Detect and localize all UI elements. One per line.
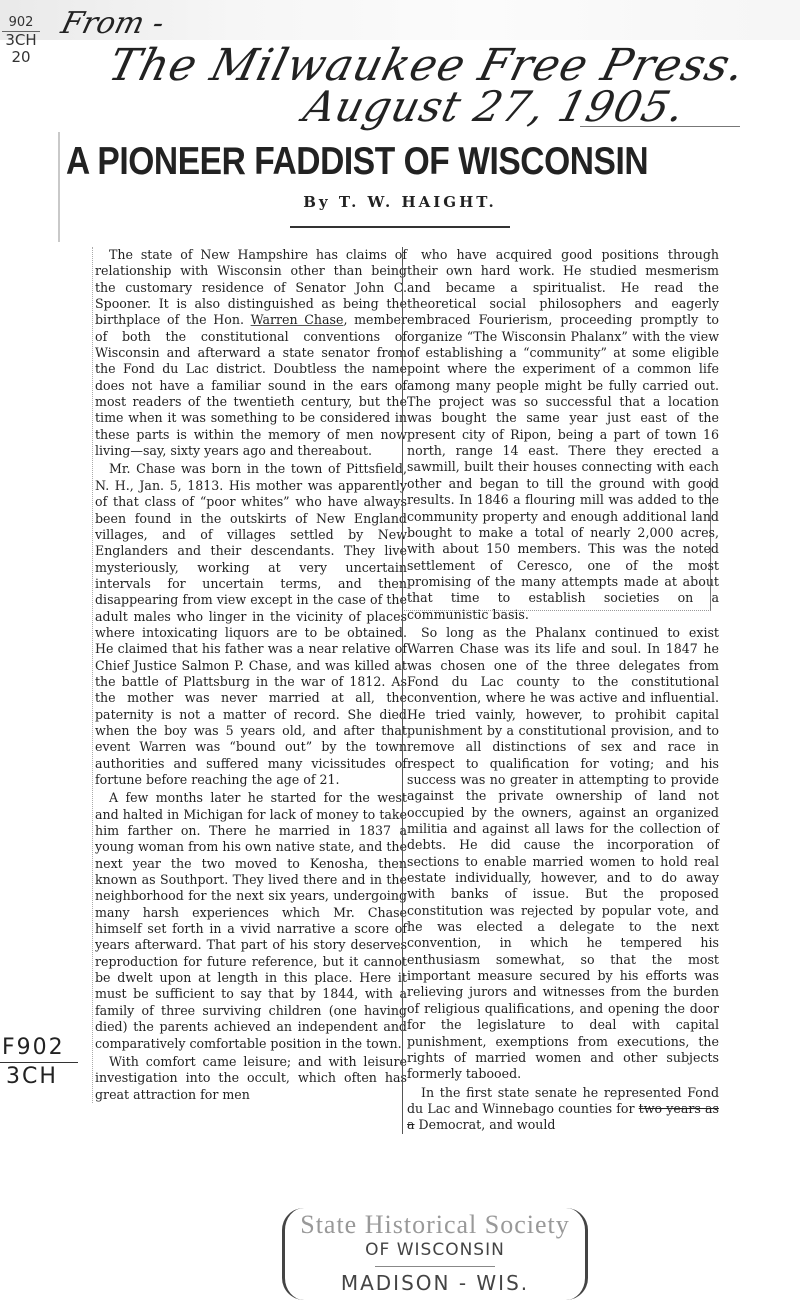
catalog-line: 20 <box>2 49 40 66</box>
divider <box>290 226 510 228</box>
library-stamp: State Historical Society OF WISCONSIN MA… <box>282 1208 588 1300</box>
catalog-line: 3CH <box>2 32 40 49</box>
stamp-line: State Historical Society <box>285 1210 585 1240</box>
handwritten-from: From - <box>58 6 168 41</box>
paragraph: Mr. Chase was born in the town of Pittsf… <box>95 461 407 788</box>
paragraph: So long as the Phalanx continued to exis… <box>407 625 719 1083</box>
paragraph: A few months later he started for the we… <box>95 790 407 1052</box>
divider <box>580 126 740 127</box>
divider <box>375 1266 495 1267</box>
article-headline: A PIONEER FADDIST OF WISCONSIN <box>66 140 625 184</box>
paragraph: The state of New Hampshire has claims of… <box>95 247 407 459</box>
handwritten-date: August 27, 1905. <box>299 82 691 131</box>
catalog-number-top: 902 3CH 20 <box>2 14 40 66</box>
newspaper-clipping: 902 3CH 20 From - The Milwaukee Free Pre… <box>0 0 800 1305</box>
article-byline: By T. W. HAIGHT. <box>240 193 560 211</box>
text: , member of both the constitutional conv… <box>95 312 407 458</box>
catalog-line: 3CH <box>0 1063 78 1091</box>
stamp-line: OF WISCONSIN <box>285 1240 585 1260</box>
underlined-name: Warren Chase <box>251 312 344 327</box>
catalog-line: 902 <box>2 14 40 32</box>
paragraph: In the first state senate he represented… <box>407 1085 719 1134</box>
paragraph: who have acquired good positions through… <box>407 247 719 623</box>
catalog-line: F902 <box>0 1034 78 1063</box>
article-column-left: The state of New Hampshire has claims of… <box>92 247 407 1103</box>
article-column-right: who have acquired good positions through… <box>402 247 719 1134</box>
paragraph: With comfort came leisure; and with leis… <box>95 1054 407 1103</box>
text: Democrat, and would <box>415 1117 556 1132</box>
stamp-line: MADISON - WIS. <box>285 1271 585 1295</box>
catalog-number-margin: F902 3CH <box>0 1034 78 1091</box>
